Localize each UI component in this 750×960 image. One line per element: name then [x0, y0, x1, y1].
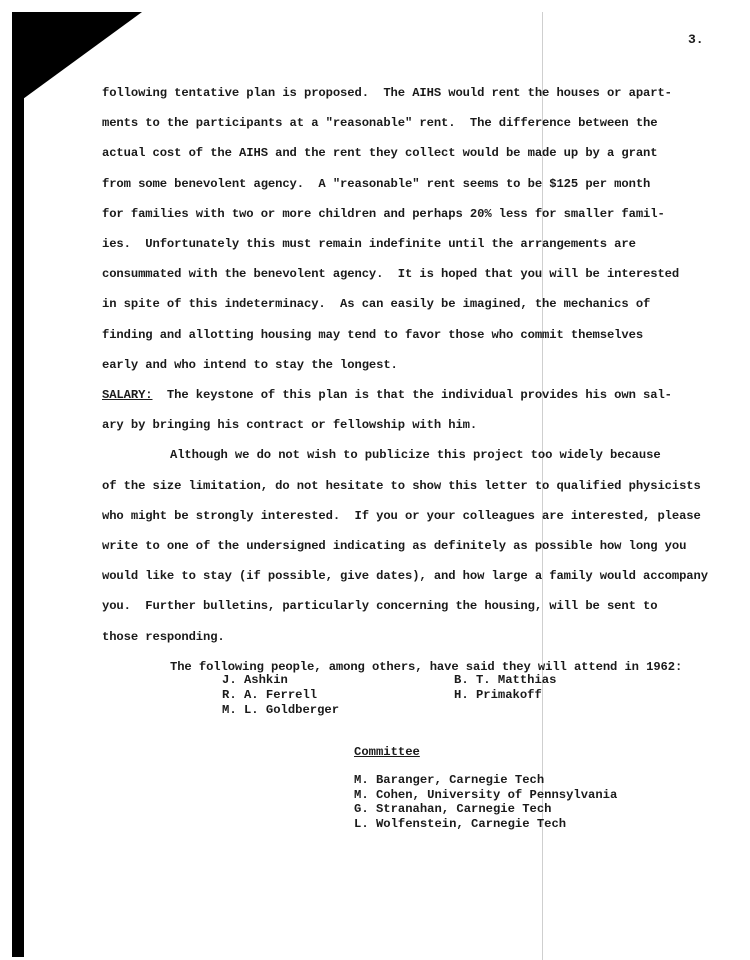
attendees-column-2: B. T. Matthias H. Primakoff — [454, 673, 556, 703]
scan-edge-bar — [12, 12, 24, 957]
text-line: from some benevolent agency. A "reasonab… — [102, 169, 742, 199]
attendee-name: B. T. Matthias — [454, 673, 556, 688]
committee-list: M. Baranger, Carnegie Tech M. Cohen, Uni… — [354, 773, 617, 831]
text-line: those responding. — [102, 622, 742, 652]
salary-paragraph-line: SALARY: The keystone of this plan is tha… — [102, 380, 742, 410]
text-line: actual cost of the AIHS and the rent the… — [102, 138, 742, 168]
text-line: write to one of the undersigned indicati… — [102, 531, 742, 561]
text-line: finding and allotting housing may tend t… — [102, 320, 742, 350]
attendee-name: J. Ashkin — [222, 673, 339, 688]
text-line: for families with two or more children a… — [102, 199, 742, 229]
text-line: would like to stay (if possible, give da… — [102, 561, 742, 591]
text-line: ments to the participants at a "reasonab… — [102, 108, 742, 138]
attendees-column-1: J. Ashkin R. A. Ferrell M. L. Goldberger — [222, 673, 339, 718]
committee-member: M. Cohen, University of Pennsylvania — [354, 788, 617, 803]
attendees-intro: The following people, among others, have… — [102, 652, 742, 682]
attendee-name: M. L. Goldberger — [222, 703, 339, 718]
attendee-name: R. A. Ferrell — [222, 688, 339, 703]
letter-body: following tentative plan is proposed. Th… — [102, 78, 742, 682]
page-number: 3. — [688, 32, 704, 47]
text-line: early and who intend to stay the longest… — [102, 350, 742, 380]
committee-member: M. Baranger, Carnegie Tech — [354, 773, 617, 788]
committee-member: L. Wolfenstein, Carnegie Tech — [354, 817, 617, 832]
text-line: ies. Unfortunately this must remain inde… — [102, 229, 742, 259]
text-segment: The keystone of this plan is that the in… — [153, 388, 672, 402]
text-line: who might be strongly interested. If you… — [102, 501, 742, 531]
text-line: in spite of this indeterminacy. As can e… — [102, 289, 742, 319]
text-line: following tentative plan is proposed. Th… — [102, 78, 742, 108]
text-line: of the size limitation, do not hesitate … — [102, 471, 742, 501]
attendee-name: H. Primakoff — [454, 688, 556, 703]
committee-member: G. Stranahan, Carnegie Tech — [354, 802, 617, 817]
text-line: you. Further bulletins, particularly con… — [102, 591, 742, 621]
text-line: consummated with the benevolent agency. … — [102, 259, 742, 289]
document-page: 3. following tentative plan is proposed.… — [0, 0, 750, 960]
salary-heading: SALARY: — [102, 388, 153, 402]
text-line: Although we do not wish to publicize thi… — [102, 440, 742, 470]
committee-title: Committee — [354, 745, 420, 759]
text-line: ary by bringing his contract or fellowsh… — [102, 410, 742, 440]
